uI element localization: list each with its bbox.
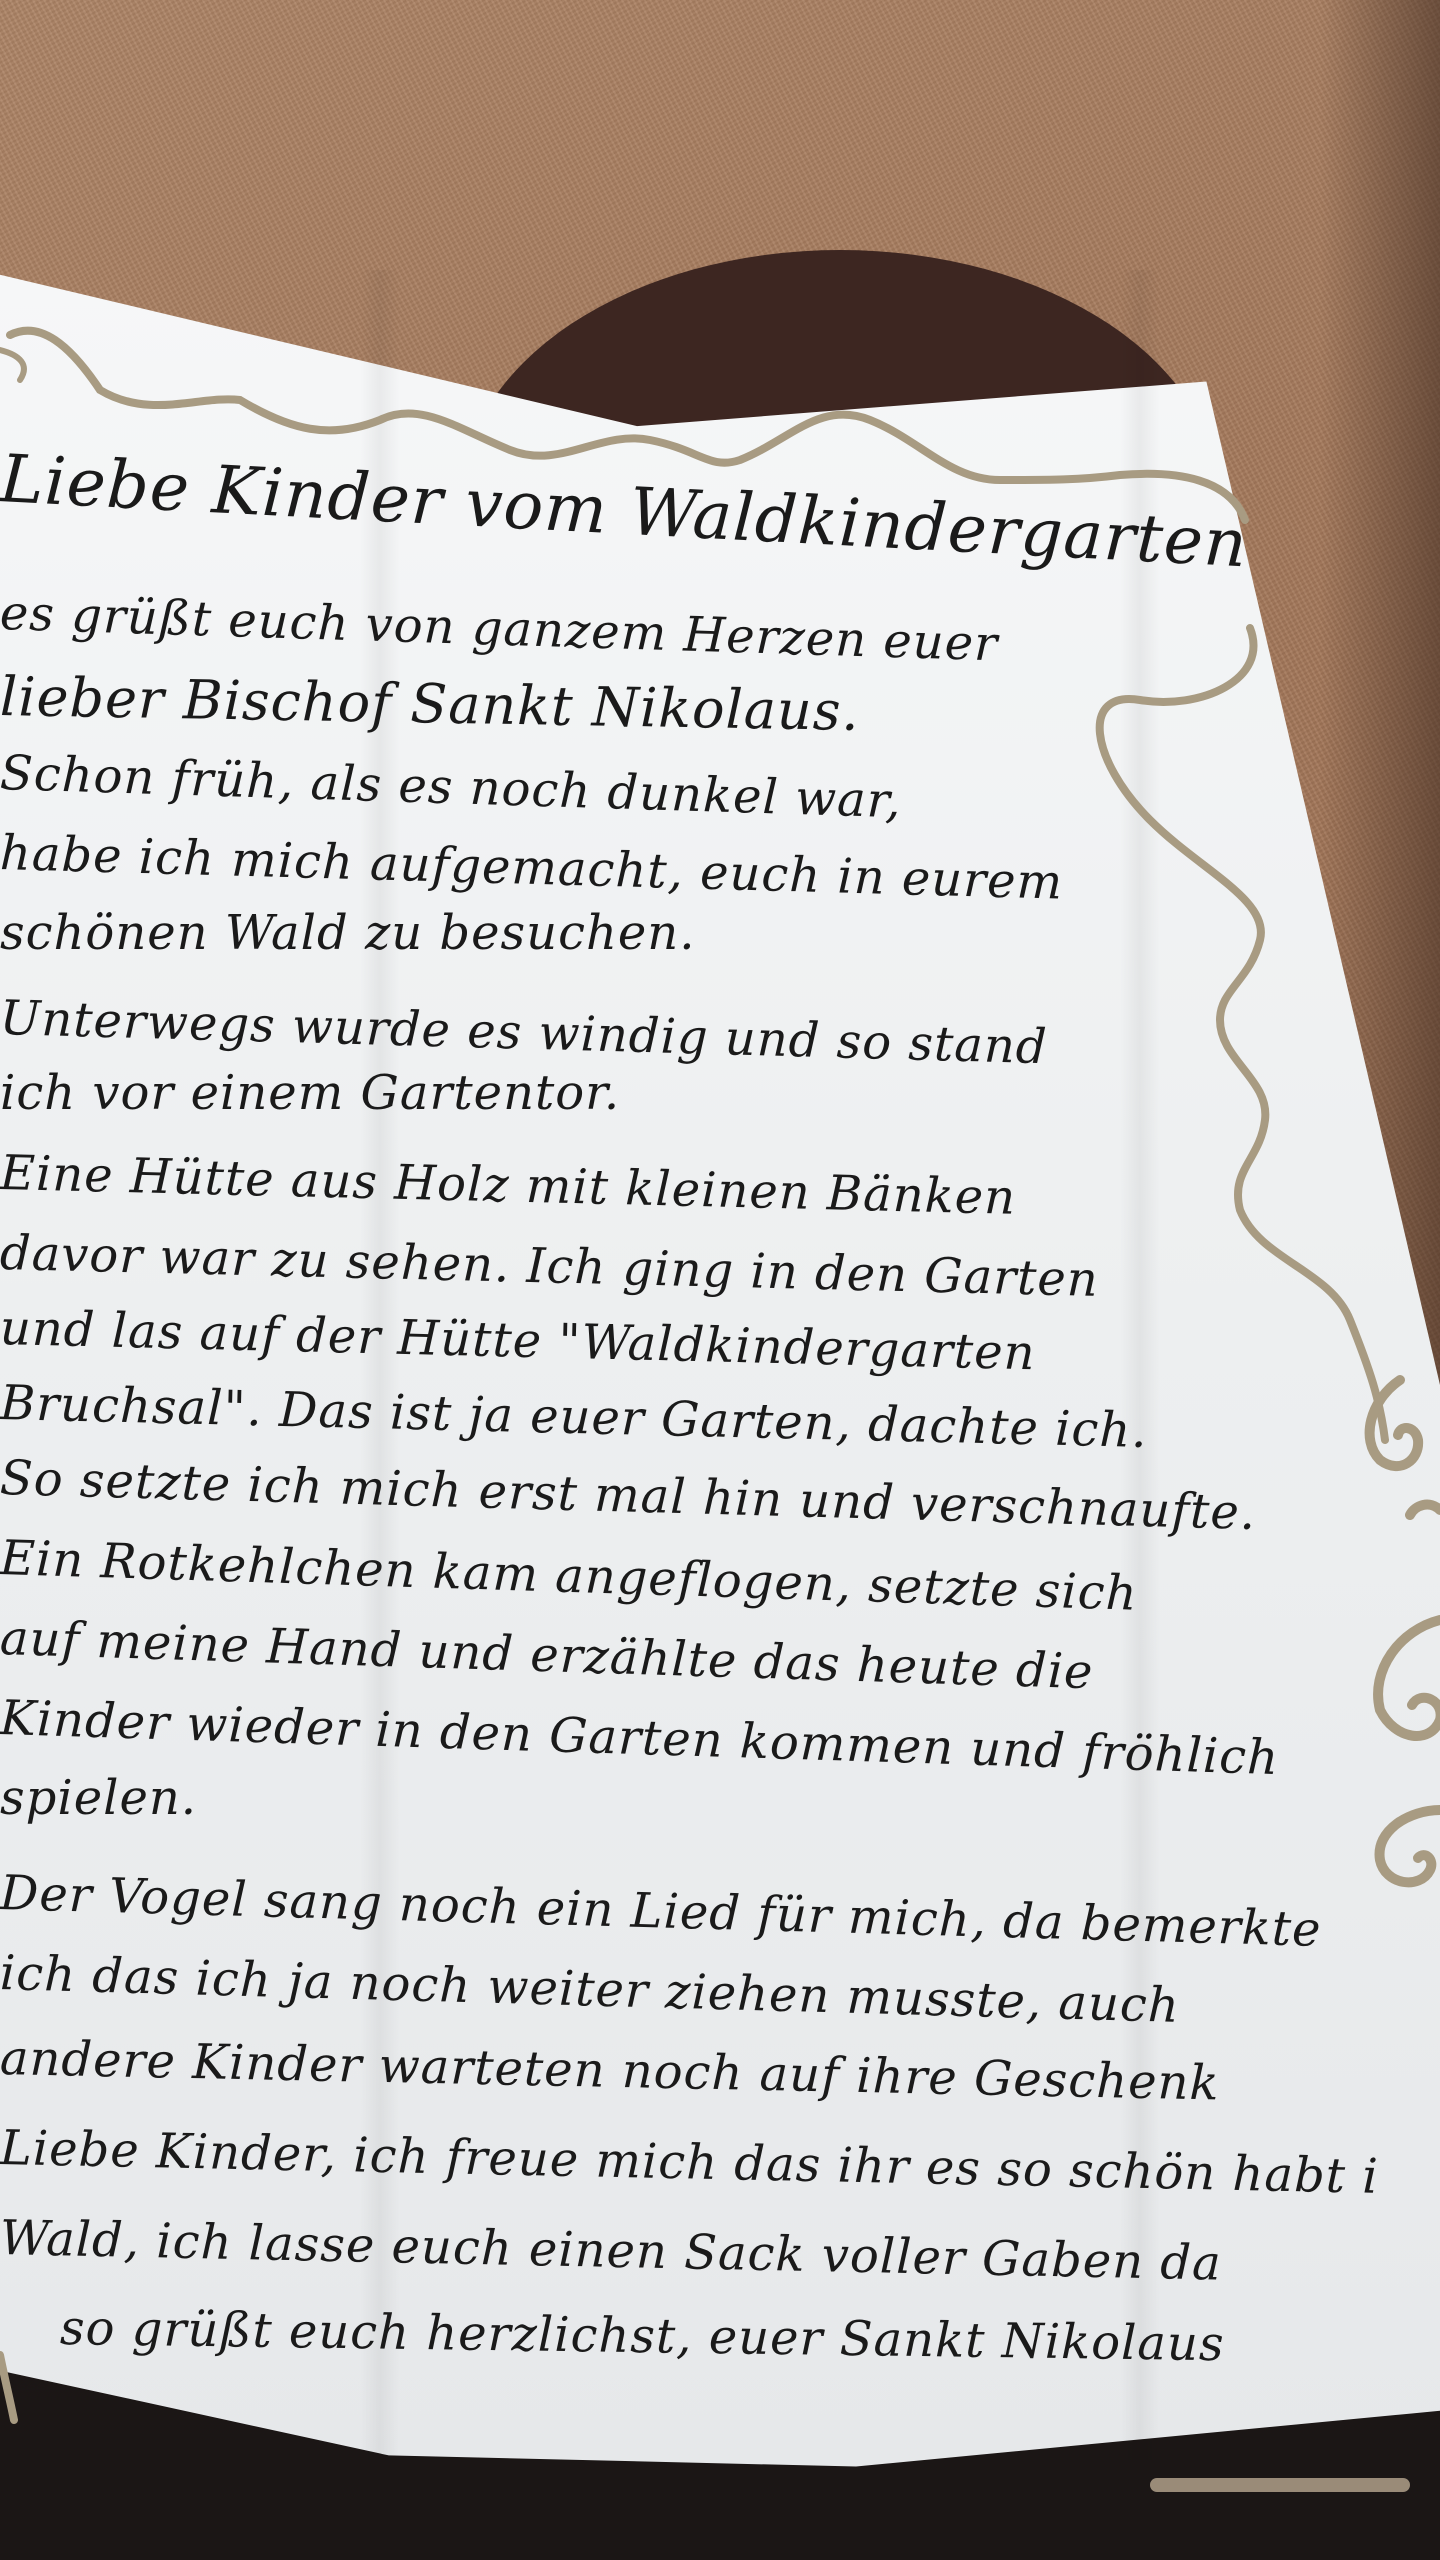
signature-underline (1150, 2478, 1410, 2492)
letter-line: spielen. (0, 1770, 197, 1826)
photo-scene: Liebe Kinder vom Waldkindergarten es grü… (0, 0, 1440, 2560)
letter-line: ich vor einem Gartentor. (0, 1065, 620, 1121)
letter-line: schönen Wald zu besuchen. (0, 905, 695, 961)
paper-fold-line (1120, 270, 1160, 2460)
